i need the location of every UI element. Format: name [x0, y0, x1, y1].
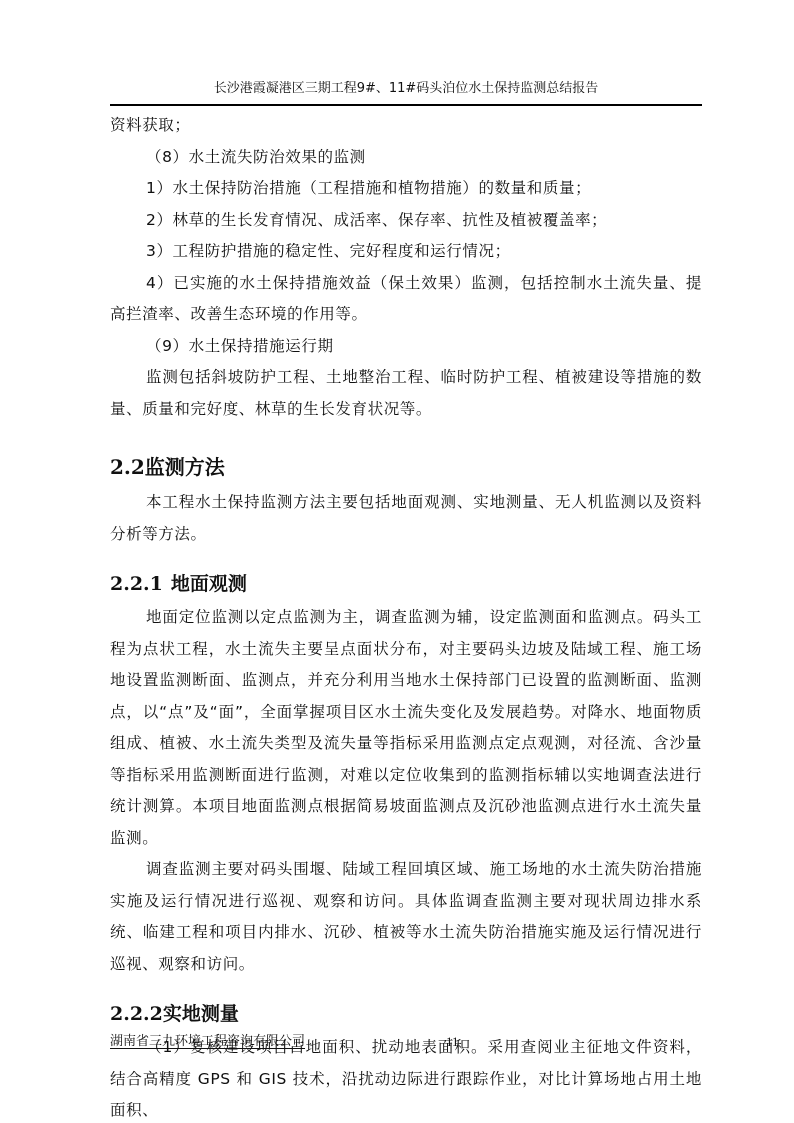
section-number: 2.2.2	[110, 1003, 163, 1025]
continuation-text: 资料获取；	[110, 110, 702, 142]
footer-company: 湖南省三九环境工程咨询有限公司	[110, 1032, 305, 1052]
section-number: 2.2.1	[110, 573, 163, 595]
page-header: 长沙港霞凝港区三期工程9#、11#码头泊位水土保持监测总结报告	[110, 80, 702, 106]
section-2-2-intro: 本工程水土保持监测方法主要包括地面观测、实地测量、无人机监测以及资料分析等方法。	[110, 487, 702, 550]
page-number: 11	[446, 1032, 459, 1052]
item-9-title: （9）水土保持措施运行期	[110, 331, 702, 363]
section-heading-2-2: 2.2监测方法	[110, 453, 702, 481]
item-8-point-1: 1）水土保持防治措施（工程措施和植物措施）的数量和质量；	[110, 173, 702, 205]
item-8-point-3: 3）工程防护措施的稳定性、完好程度和运行情况；	[110, 236, 702, 268]
section-title: 地面观测	[171, 573, 247, 595]
section-title: 实地测量	[163, 1003, 239, 1025]
item-8-title: （8）水土流失防治效果的监测	[110, 142, 702, 174]
section-number: 2.2	[110, 455, 145, 479]
item-9-text: 监测包括斜坡防护工程、土地整治工程、临时防护工程、植被建设等措施的数量、质量和完…	[110, 362, 702, 425]
item-8-point-2: 2）林草的生长发育情况、成活率、保存率、抗性及植被覆盖率；	[110, 205, 702, 237]
page-body: 资料获取； （8）水土流失防治效果的监测 1）水土保持防治措施（工程措施和植物措…	[110, 110, 702, 1123]
section-2-2-1-paragraph-2: 调查监测主要对码头围堰、陆域工程回填区域、施工场地的水土流失防治措施实施及运行情…	[110, 854, 702, 980]
report-title: 长沙港霞凝港区三期工程9#、11#码头泊位水土保持监测总结报告	[214, 81, 599, 96]
item-8-point-4: 4）已实施的水土保持措施效益（保土效果）监测，包括控制水土流失量、提高拦渣率、改…	[110, 268, 702, 331]
section-heading-2-2-1: 2.2.1地面观测	[110, 570, 702, 598]
section-title: 监测方法	[145, 455, 225, 479]
section-heading-2-2-2: 2.2.2实地测量	[110, 1000, 702, 1028]
section-2-2-1-paragraph-1: 地面定位监测以定点监测为主，调查监测为辅，设定监测面和监测点。码头工程为点状工程…	[110, 602, 702, 854]
page-footer: 湖南省三九环境工程咨询有限公司 11	[110, 1032, 702, 1054]
